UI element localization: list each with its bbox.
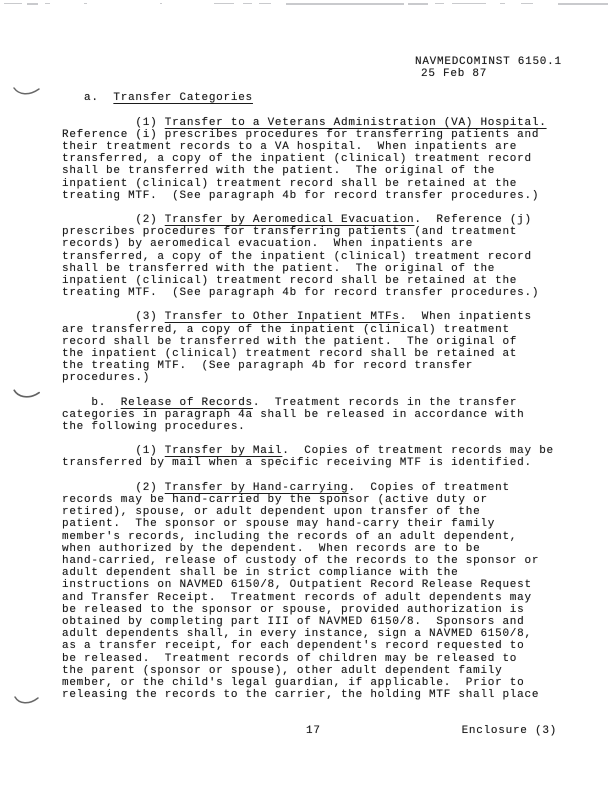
paragraph-a3: (3) Transfer to Other Inpatient MTFs. Wh… — [62, 311, 557, 384]
document-header: NAVMEDCOMINST 6150.125 Feb 87 — [62, 56, 612, 80]
instruction-number: NAVMEDCOMINST 6150.1 — [415, 56, 562, 68]
paragraph-number: (2) — [62, 214, 165, 226]
paragraph-text: Reference (i) prescribes procedures for … — [62, 129, 539, 202]
paragraph-number: (3) — [62, 311, 165, 323]
paragraph-number: (1) — [62, 445, 165, 457]
paragraph-text: . Reference (j) prescribes procedures fo… — [62, 214, 539, 299]
paragraph-heading: Transfer by Hand-carrying — [165, 482, 349, 494]
paragraph-a1: (1) Transfer to a Veterans Administratio… — [62, 117, 557, 202]
paragraph-number: (2) — [62, 482, 165, 494]
section-a-label: a. — [62, 92, 113, 104]
enclosure-label: Enclosure (3) — [462, 725, 557, 737]
paragraph-heading: Release of Records — [121, 397, 253, 409]
paragraph-a2: (2) Transfer by Aeromedical Evacuation. … — [62, 214, 557, 299]
section-a-title: Transfer Categories — [113, 92, 252, 104]
page-number: 17 — [306, 725, 321, 737]
paragraph-text: . Copies of treatment records may be han… — [62, 482, 539, 701]
document-body: NAVMEDCOMINST 6150.125 Feb 87 a. Transfe… — [0, 0, 612, 738]
paragraph-heading: Transfer by Mail — [165, 445, 282, 457]
paragraph-b: b. Release of Records. Treatment records… — [62, 397, 557, 434]
paragraph-heading: Transfer to a Veterans Administration (V… — [165, 117, 547, 129]
section-a-heading: a. Transfer Categories — [62, 92, 557, 104]
paragraph-number: b. — [62, 397, 121, 409]
paragraph-b1: (1) Transfer by Mail. Copies of treatmen… — [62, 445, 557, 469]
paragraph-heading: Transfer by Aeromedical Evacuation — [165, 214, 415, 226]
page-footer: 17 Enclosure (3) — [62, 725, 557, 738]
document-page: NAVMEDCOMINST 6150.125 Feb 87 a. Transfe… — [0, 0, 612, 792]
paragraph-heading: Transfer to Other Inpatient MTFs — [165, 311, 400, 323]
instruction-date: 25 Feb 87 — [415, 68, 612, 80]
paragraph-number: (1) — [62, 117, 165, 129]
paragraph-b2: (2) Transfer by Hand-carrying. Copies of… — [62, 482, 557, 702]
